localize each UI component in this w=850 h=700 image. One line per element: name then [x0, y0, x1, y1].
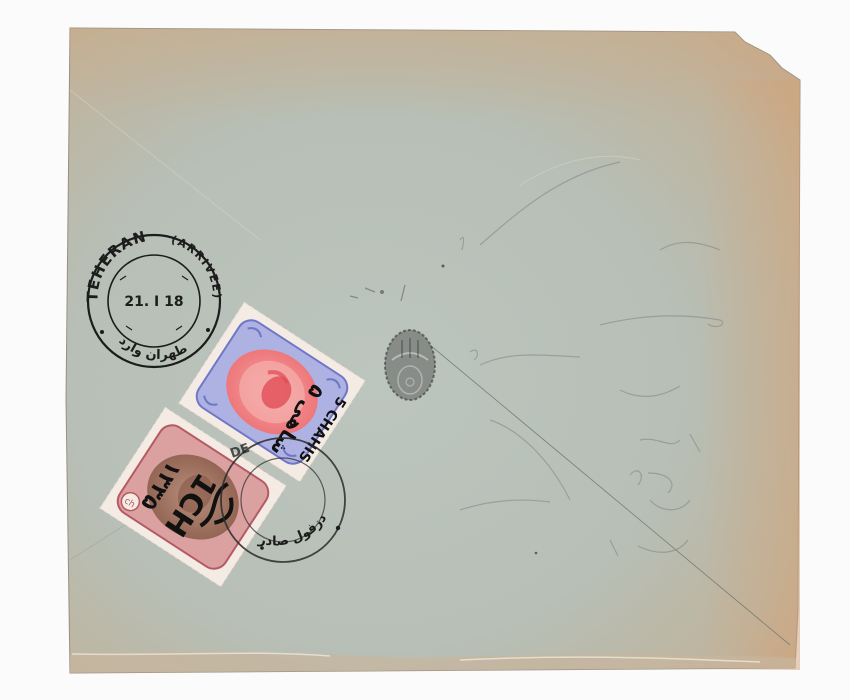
envelope-svg: TEHERAN (ARRIVEE) طهران وارد 21. I 18 5 …	[0, 0, 850, 700]
arrival-postmark-date: 21. I 18	[124, 294, 183, 310]
oval-seal	[385, 330, 435, 400]
envelope-photo: TEHERAN (ARRIVEE) طهران وارد 21. I 18 5 …	[0, 0, 850, 700]
